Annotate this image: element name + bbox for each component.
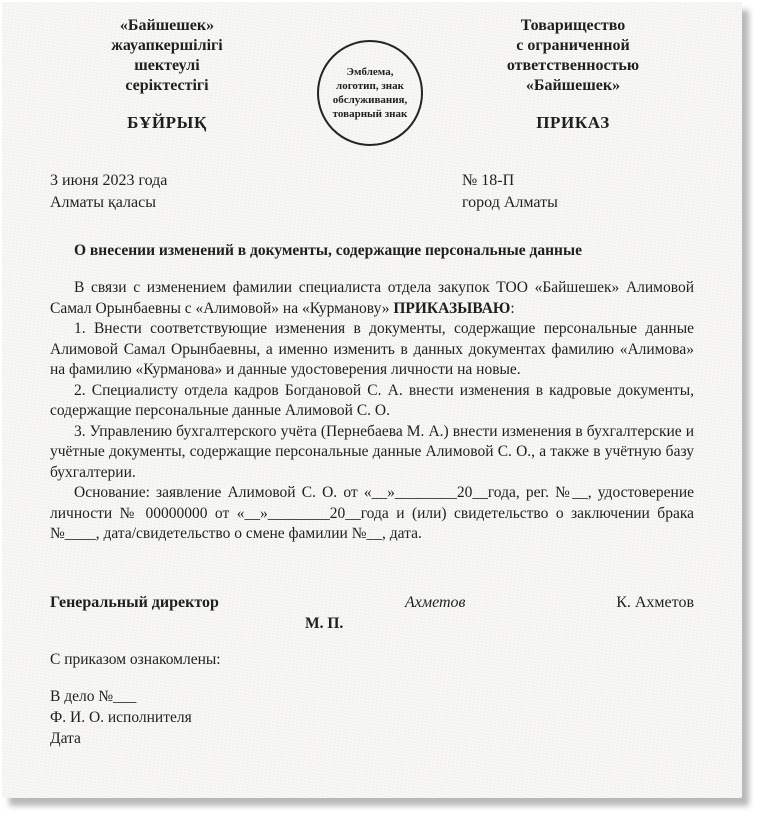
company-name-russian: Товарищество с ограниченной ответственно… bbox=[448, 16, 698, 146]
order-item-1: 1. Внести соответствующие изменения в до… bbox=[50, 319, 694, 381]
company-kz-line: серіктестігі bbox=[42, 76, 292, 96]
doc-type-russian: ПРИКАЗ bbox=[448, 113, 698, 133]
handwritten-signature: Ахметов bbox=[405, 592, 465, 613]
document-canvas: «Байшешек» жауапкершілігі шектеулі серік… bbox=[0, 0, 760, 818]
doc-type-kazakh: БҰЙРЫҚ bbox=[42, 113, 292, 133]
company-ru-line: с ограниченной bbox=[448, 36, 698, 56]
order-document-page: «Байшешек» жауапкершілігі шектеулі серік… bbox=[2, 2, 742, 798]
order-title: О внесении изменений в документы, содерж… bbox=[2, 214, 742, 261]
acknowledged-label: С приказом ознакомлены: bbox=[2, 649, 742, 670]
emblem-placeholder-label: Эмблема, логотип, знак обслуживания, тов… bbox=[328, 65, 412, 121]
stamp-place-label: М. П. bbox=[305, 613, 742, 634]
meta-right: № 18-П город Алматы bbox=[462, 170, 694, 214]
company-kz-line: шектеулі bbox=[42, 56, 292, 76]
company-kz-line: жауапкершілігі bbox=[42, 36, 292, 56]
meta-left: 3 июня 2023 года Алматы қаласы bbox=[50, 170, 462, 214]
company-ru-line: ответственностью bbox=[448, 56, 698, 76]
intro-colon: : bbox=[510, 300, 514, 317]
basis-paragraph: Основание: заявление Алимовой С. О. от «… bbox=[50, 483, 694, 545]
order-number: № 18-П bbox=[462, 170, 694, 192]
company-kz-line: «Байшешек» bbox=[42, 16, 292, 36]
order-item-2: 2. Специалисту отдела кадров Богдановой … bbox=[50, 381, 694, 422]
order-keyword: ПРИКАЗЫВАЮ bbox=[393, 300, 510, 317]
meta-row: 3 июня 2023 года Алматы қаласы № 18-П го… bbox=[2, 146, 742, 214]
city-kazakh: Алматы қаласы bbox=[50, 192, 462, 214]
date-line: Дата bbox=[50, 728, 694, 749]
emblem-placeholder-circle: Эмблема, логотип, знак обслуживания, тов… bbox=[317, 40, 423, 146]
order-body: В связи с изменением фамилии специалиста… bbox=[2, 261, 742, 545]
order-date: 3 июня 2023 года bbox=[50, 170, 462, 192]
company-name-kazakh: «Байшешек» жауапкершілігі шектеулі серік… bbox=[42, 16, 292, 146]
company-ru-line: Товарищество bbox=[448, 16, 698, 36]
case-number-line: В дело №___ bbox=[50, 686, 694, 707]
city-russian: город Алматы bbox=[462, 192, 694, 214]
order-item-3: 3. Управлению бухгалтерского учёта (Перн… bbox=[50, 422, 694, 484]
signature-row: Генеральный директор Ахметов К. Ахметов bbox=[2, 592, 742, 613]
document-header: «Байшешек» жауапкершілігі шектеулі серік… bbox=[2, 2, 742, 146]
company-ru-line: «Байшешек» bbox=[448, 76, 698, 96]
intro-paragraph: В связи с изменением фамилии специалиста… bbox=[50, 278, 694, 319]
executor-name-line: Ф. И. О. исполнителя bbox=[50, 707, 694, 728]
intro-text: В связи с изменением фамилии специалиста… bbox=[50, 279, 694, 317]
signer-position: Генеральный директор bbox=[50, 594, 219, 611]
footer-block: В дело №___ Ф. И. О. исполнителя Дата bbox=[2, 686, 742, 749]
signer-name: К. Ахметов bbox=[616, 592, 694, 613]
